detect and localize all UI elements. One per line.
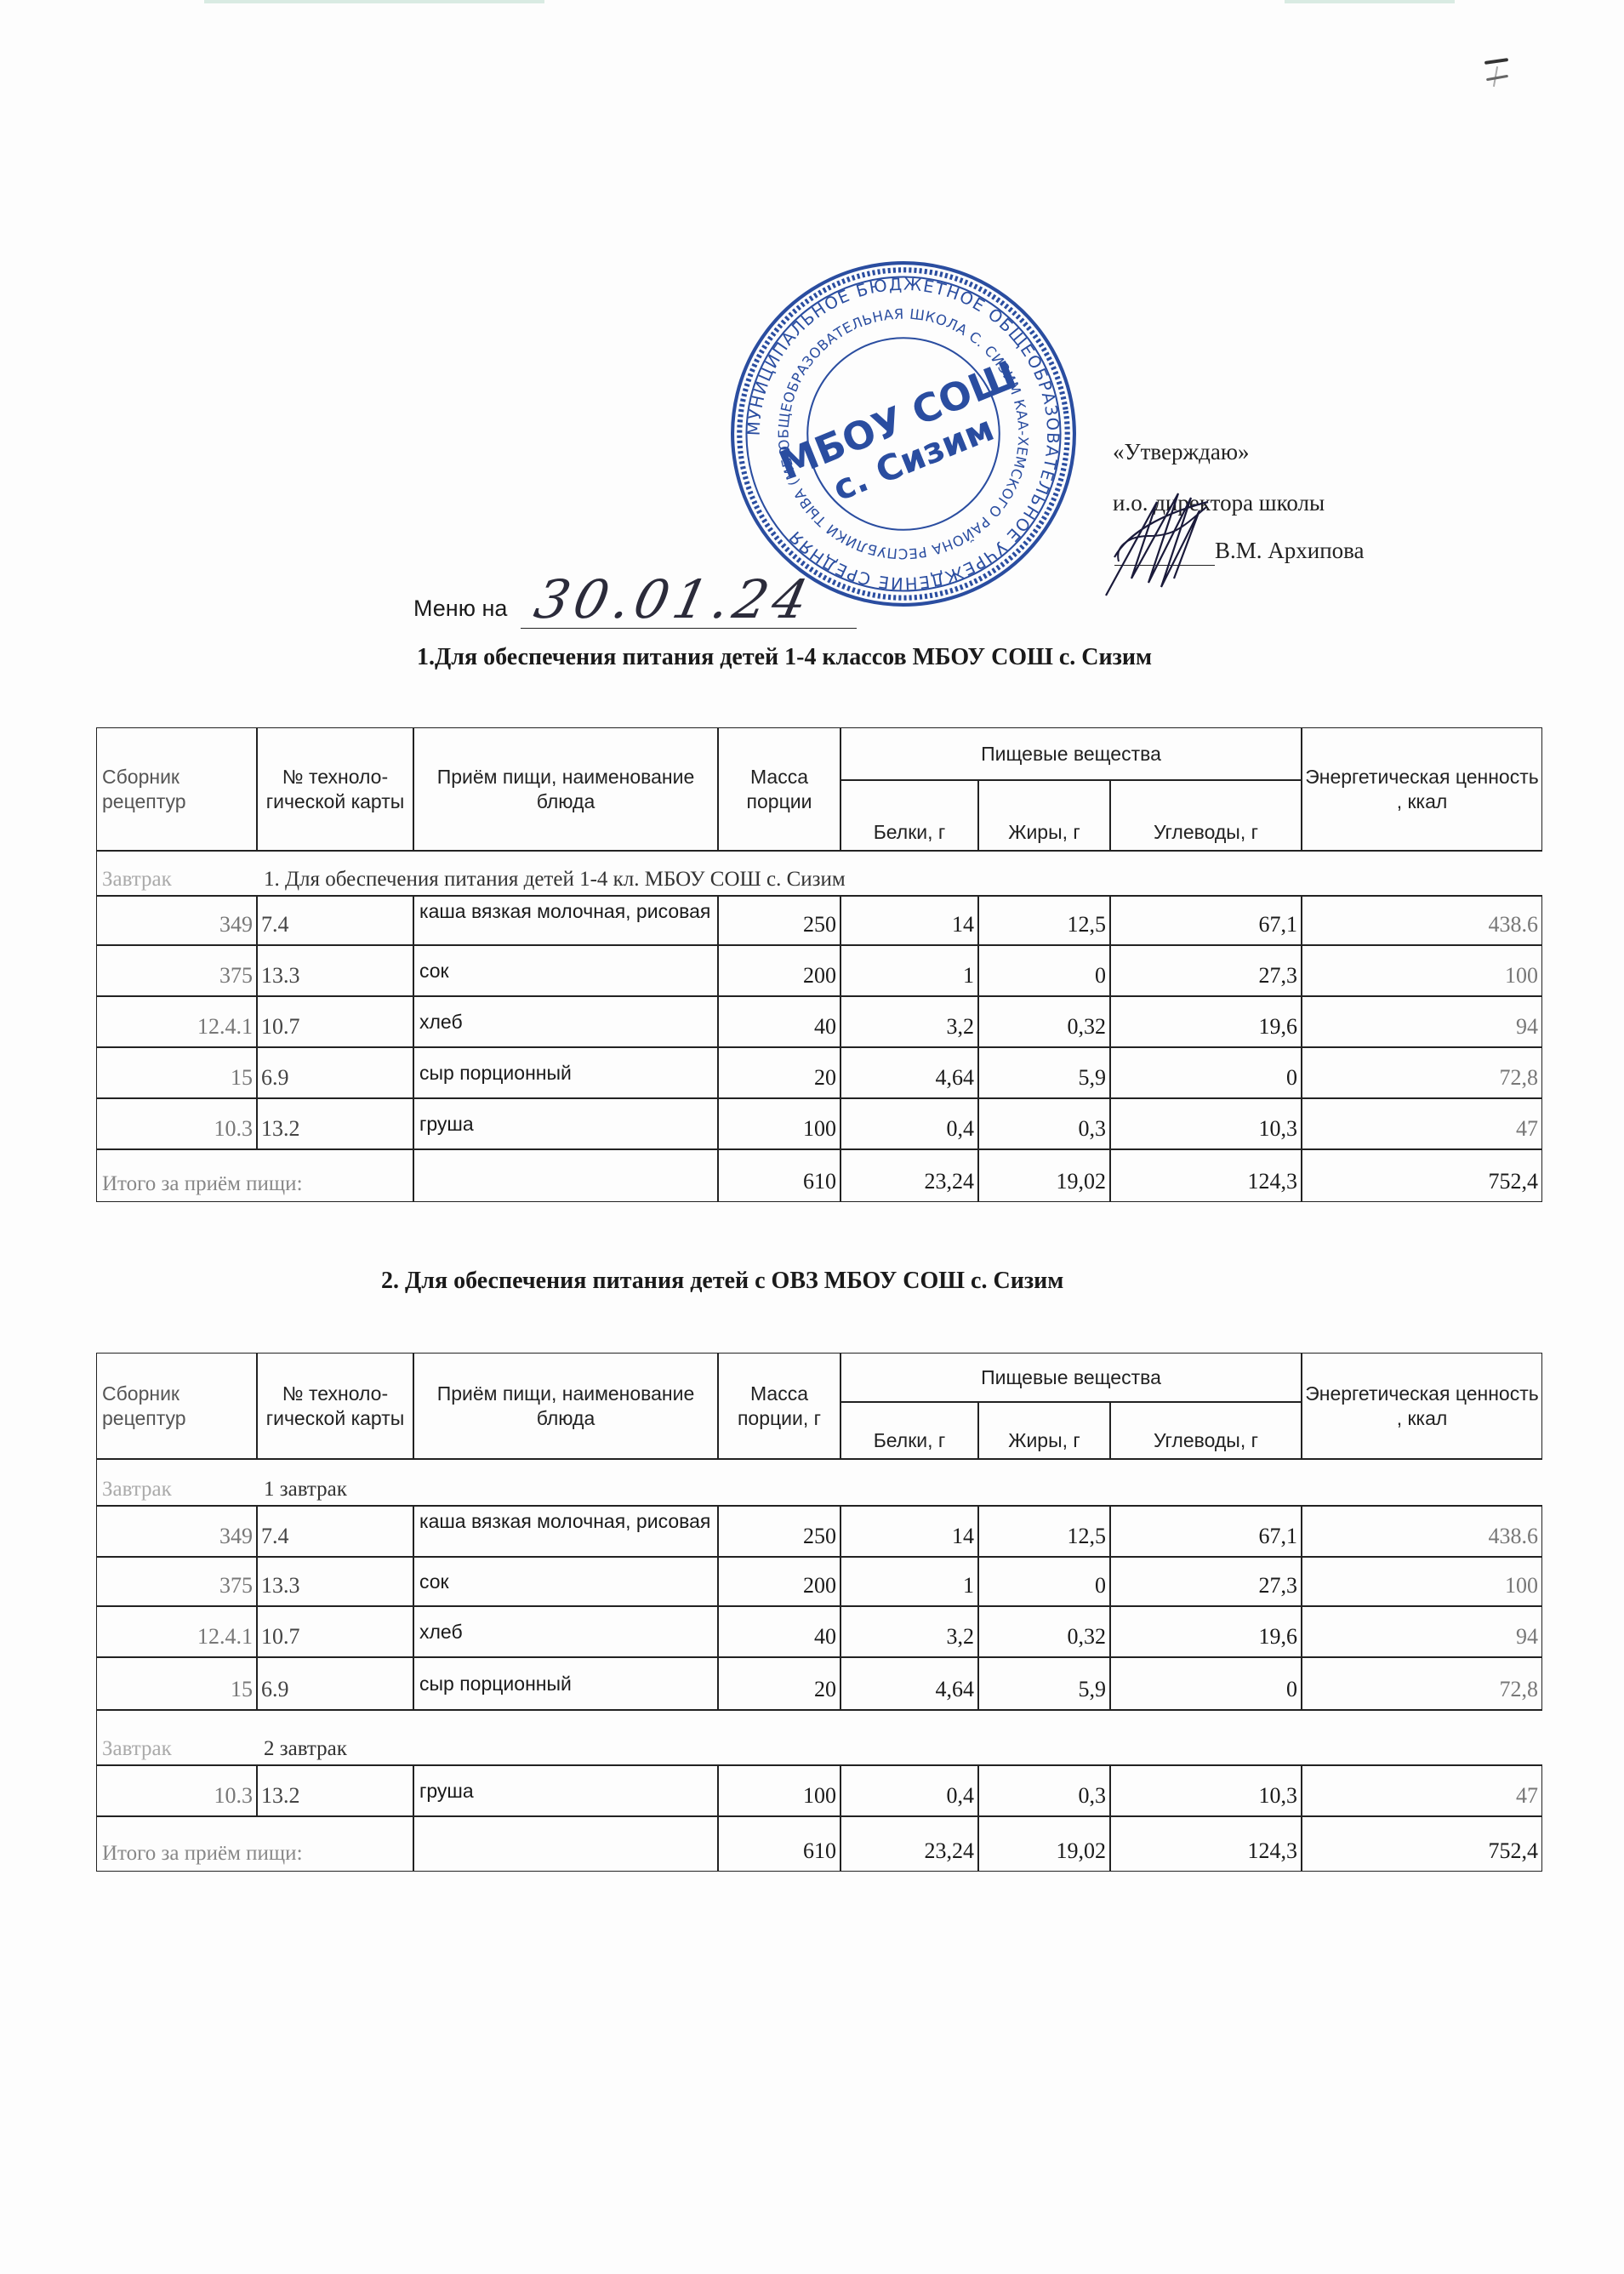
meal-group-row: Завтрак2 завтрак — [96, 1710, 1542, 1765]
scan-edge-mark — [1285, 0, 1455, 3]
cell-carbs: 67,1 — [1110, 1506, 1302, 1557]
cell-energy: 100 — [1302, 1557, 1542, 1606]
cell-protein: 3,2 — [840, 1606, 978, 1657]
header-energy: Энергетическая ценность , ккал — [1302, 727, 1542, 851]
cell-energy: 100 — [1302, 945, 1542, 996]
cell-mass: 40 — [718, 996, 840, 1047]
header-mass: Масса порции — [718, 727, 840, 851]
cell-tech-card: 6.9 — [257, 1047, 413, 1098]
header-tech-card: № техноло-гической карты — [257, 1353, 413, 1459]
total-protein: 23,24 — [840, 1816, 978, 1872]
cell-energy: 438.6 — [1302, 1506, 1542, 1557]
cell-mass: 100 — [718, 1765, 840, 1816]
total-label: Итого за приём пищи: — [96, 1816, 413, 1872]
cell-carbs: 67,1 — [1110, 896, 1302, 945]
menu-date: 30.01.24 — [529, 568, 818, 630]
cell-dish: сок — [413, 1557, 718, 1606]
cell-dish: груша — [413, 1098, 718, 1149]
cell-protein: 1 — [840, 1557, 978, 1606]
cell-mass: 20 — [718, 1047, 840, 1098]
cell-tech-card: 7.4 — [257, 896, 413, 945]
cell-tech-card: 10.7 — [257, 1606, 413, 1657]
cell-collection: 12.4.1 — [96, 1606, 257, 1657]
cell-protein: 0,4 — [840, 1765, 978, 1816]
cell-collection: 10.3 — [96, 1098, 257, 1149]
cell-dish: сыр порционный — [413, 1047, 718, 1098]
total-empty — [413, 1149, 718, 1202]
total-fat: 19,02 — [978, 1149, 1110, 1202]
signature-icon — [1097, 476, 1225, 604]
cell-fat: 0 — [978, 945, 1110, 996]
cell-energy: 72,8 — [1302, 1657, 1542, 1710]
header-dish: Приём пищи, наименование блюда — [413, 1353, 718, 1459]
total-energy: 752,4 — [1302, 1816, 1542, 1872]
cell-fat: 12,5 — [978, 1506, 1110, 1557]
cell-tech-card: 13.2 — [257, 1765, 413, 1816]
cell-mass: 250 — [718, 1506, 840, 1557]
header-protein: Белки, г — [840, 1402, 978, 1459]
total-protein: 23,24 — [840, 1149, 978, 1202]
cell-carbs: 19,6 — [1110, 996, 1302, 1047]
section1-title: 1.Для обеспечения питания детей 1-4 клас… — [417, 644, 1152, 671]
cell-collection: 349 — [96, 1506, 257, 1557]
cell-mass: 40 — [718, 1606, 840, 1657]
cell-dish: груша — [413, 1765, 718, 1816]
total-mass: 610 — [718, 1816, 840, 1872]
cell-protein: 1 — [840, 945, 978, 996]
header-nutrients: Пищевые вещества — [840, 1353, 1302, 1402]
cell-collection: 10.3 — [96, 1765, 257, 1816]
total-fat: 19,02 — [978, 1816, 1110, 1872]
cell-mass: 100 — [718, 1098, 840, 1149]
cell-tech-card: 7.4 — [257, 1506, 413, 1557]
menu-table-grades-1-4: Сборник рецептур№ техноло-гической карты… — [96, 727, 1542, 1204]
cell-mass: 250 — [718, 896, 840, 945]
cell-protein: 3,2 — [840, 996, 978, 1047]
cell-tech-card: 6.9 — [257, 1657, 413, 1710]
total-carbs: 124,3 — [1110, 1816, 1302, 1872]
menu-date-underline — [521, 628, 857, 629]
header-protein: Белки, г — [840, 780, 978, 851]
cell-mass: 20 — [718, 1657, 840, 1710]
cell-mass: 200 — [718, 945, 840, 996]
cell-fat: 0,3 — [978, 1098, 1110, 1149]
cell-fat: 5,9 — [978, 1047, 1110, 1098]
header-dish: Приём пищи, наименование блюда — [413, 727, 718, 851]
cell-carbs: 19,6 — [1110, 1606, 1302, 1657]
cell-fat: 12,5 — [978, 896, 1110, 945]
scan-edge-mark — [204, 0, 544, 3]
header-carbs: Углеводы, г — [1110, 780, 1302, 851]
cell-protein: 4,64 — [840, 1047, 978, 1098]
cell-collection: 375 — [96, 945, 257, 996]
total-carbs: 124,3 — [1110, 1149, 1302, 1202]
cell-tech-card: 13.3 — [257, 945, 413, 996]
total-mass: 610 — [718, 1149, 840, 1202]
cell-protein: 14 — [840, 896, 978, 945]
cell-collection: 349 — [96, 896, 257, 945]
cell-collection: 375 — [96, 1557, 257, 1606]
header-tech-card: № техноло-гической карты — [257, 727, 413, 851]
cell-dish: хлеб — [413, 996, 718, 1047]
total-energy: 752,4 — [1302, 1149, 1542, 1202]
approver-name: В.М. Архипова — [1215, 538, 1365, 564]
cell-fat: 0,32 — [978, 1606, 1110, 1657]
header-mass: Масса порции, г — [718, 1353, 840, 1459]
meal-group-label: 2 завтрак — [264, 1737, 347, 1761]
cell-carbs: 27,3 — [1110, 1557, 1302, 1606]
cell-carbs: 27,3 — [1110, 945, 1302, 996]
cell-fat: 0,32 — [978, 996, 1110, 1047]
cell-dish: хлеб — [413, 1606, 718, 1657]
cell-collection: 12.4.1 — [96, 996, 257, 1047]
cell-protein: 0,4 — [840, 1098, 978, 1149]
cell-tech-card: 13.2 — [257, 1098, 413, 1149]
cell-collection: 15 — [96, 1047, 257, 1098]
header-nutrients: Пищевые вещества — [840, 727, 1302, 780]
cell-carbs: 10,3 — [1110, 1765, 1302, 1816]
cell-energy: 47 — [1302, 1098, 1542, 1149]
meal-type: Завтрак — [102, 1478, 264, 1502]
cell-carbs: 0 — [1110, 1657, 1302, 1710]
header-fat: Жиры, г — [978, 780, 1110, 851]
meal-type: Завтрак — [102, 1737, 264, 1761]
cell-fat: 0,3 — [978, 1765, 1110, 1816]
header-carbs: Углеводы, г — [1110, 1402, 1302, 1459]
menu-table-ovz: Сборник рецептур№ техноло-гической карты… — [96, 1353, 1542, 1880]
total-empty — [413, 1816, 718, 1872]
cell-tech-card: 10.7 — [257, 996, 413, 1047]
cell-mass: 200 — [718, 1557, 840, 1606]
header-energy: Энергетическая ценность , ккал — [1302, 1353, 1542, 1459]
cell-protein: 4,64 — [840, 1657, 978, 1710]
header-collection: Сборник рецептур — [96, 727, 257, 851]
cell-carbs: 10,3 — [1110, 1098, 1302, 1149]
cell-dish: сыр порционный — [413, 1657, 718, 1710]
cell-dish: сок — [413, 945, 718, 996]
meal-type: Завтрак — [102, 868, 264, 892]
cell-fat: 5,9 — [978, 1657, 1110, 1710]
meal-group-row: Завтрак1. Для обеспечения питания детей … — [96, 851, 1542, 896]
meal-group-label: 1 завтрак — [264, 1478, 347, 1502]
meal-group-label: 1. Для обеспечения питания детей 1-4 кл.… — [264, 868, 846, 892]
cell-carbs: 0 — [1110, 1047, 1302, 1098]
page-number-mark — [1484, 56, 1510, 90]
approval-heading: «Утверждаю» — [1113, 439, 1250, 465]
meal-group-row: Завтрак1 завтрак — [96, 1459, 1542, 1506]
header-collection: Сборник рецептур — [96, 1353, 257, 1459]
total-label: Итого за приём пищи: — [96, 1149, 413, 1202]
cell-energy: 47 — [1302, 1765, 1542, 1816]
cell-dish: каша вязкая молочная, рисовая — [413, 1506, 718, 1557]
cell-energy: 94 — [1302, 996, 1542, 1047]
cell-energy: 438.6 — [1302, 896, 1542, 945]
header-fat: Жиры, г — [978, 1402, 1110, 1459]
cell-energy: 72,8 — [1302, 1047, 1542, 1098]
cell-tech-card: 13.3 — [257, 1557, 413, 1606]
section2-title: 2. Для обеспечения питания детей с ОВЗ М… — [381, 1268, 1063, 1295]
cell-energy: 94 — [1302, 1606, 1542, 1657]
cell-collection: 15 — [96, 1657, 257, 1710]
cell-dish: каша вязкая молочная, рисовая — [413, 896, 718, 945]
cell-protein: 14 — [840, 1506, 978, 1557]
menu-label: Меню на — [413, 596, 507, 622]
cell-fat: 0 — [978, 1557, 1110, 1606]
